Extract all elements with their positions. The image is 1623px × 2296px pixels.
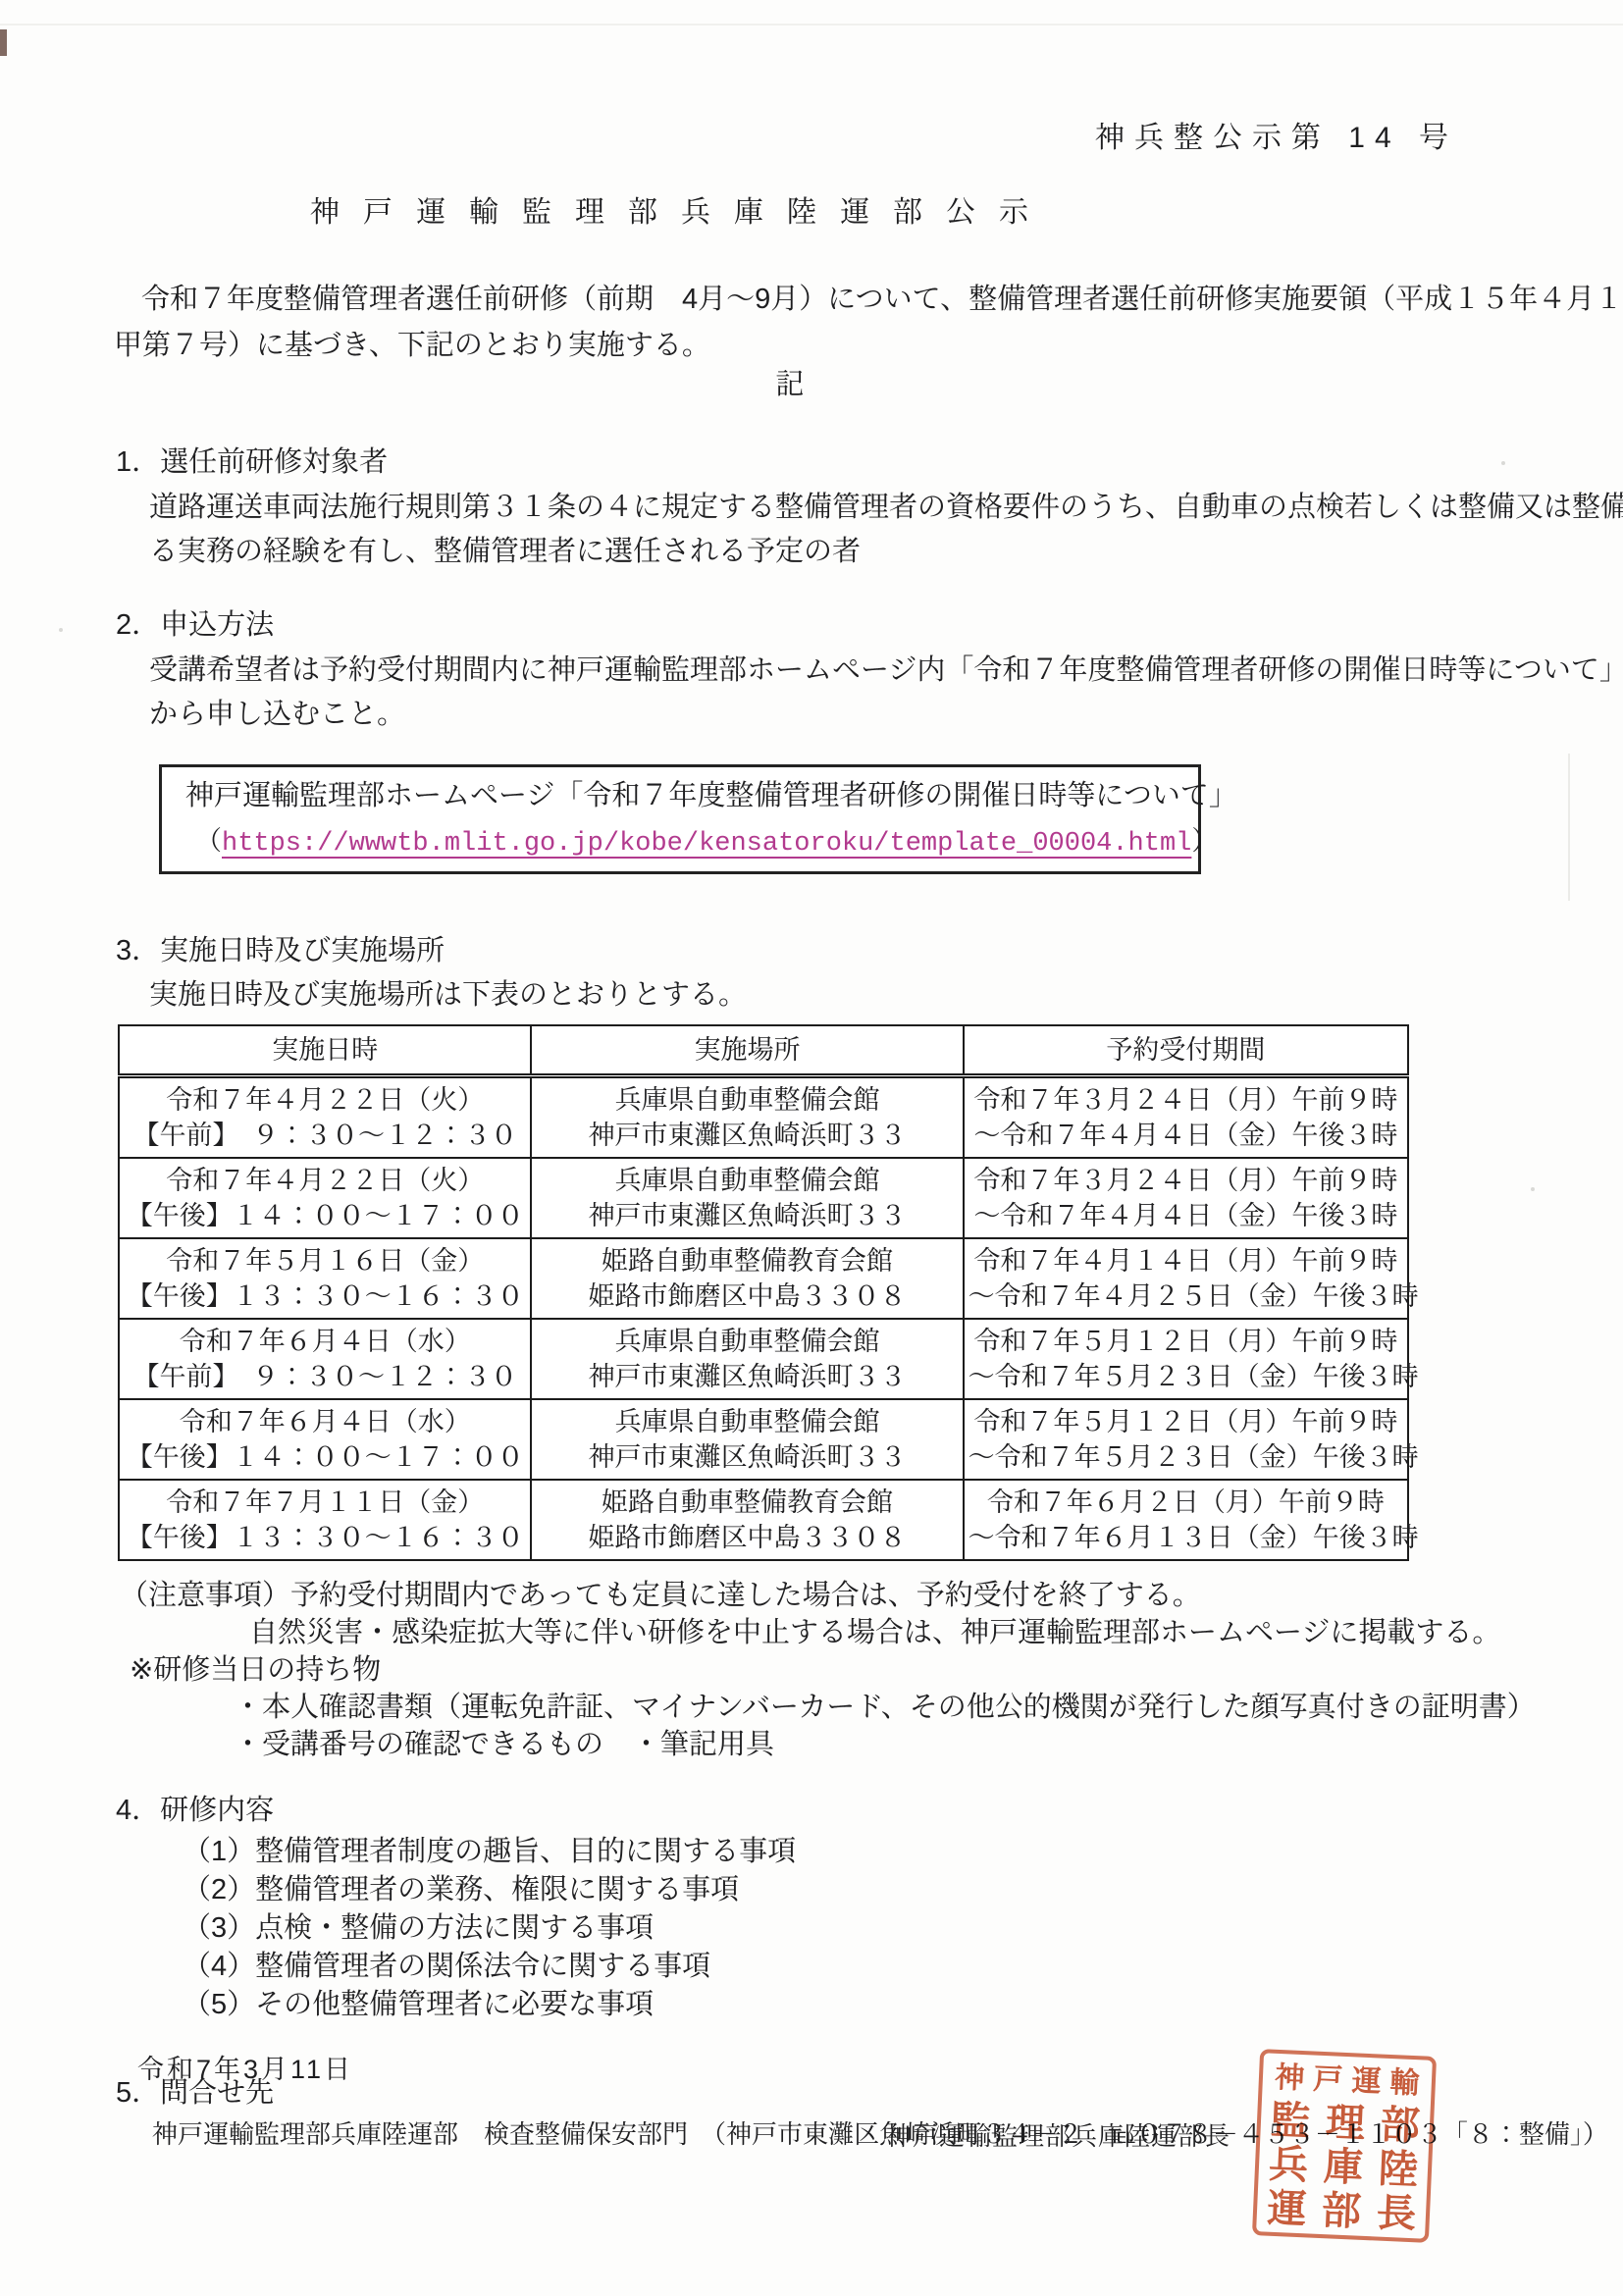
section-1-body-line-1: 道路運送車両法施行規則第３１条の４に規定する整備管理者の資格要件のうち、自動車の…	[149, 486, 1623, 530]
venue-name: 姫路自動車整備教育会館	[536, 1485, 958, 1520]
venue-address: 神戸市東灘区魚崎浜町３３	[536, 1118, 958, 1153]
table-row: 令和７年６月４日（水）【午後】１４：００～１７：００ 兵庫県自動車整備会館神戸市…	[119, 1399, 1408, 1480]
record-mark: 記	[0, 371, 1580, 399]
venue-address: 神戸市東灘区魚崎浜町３３	[536, 1198, 958, 1233]
reservation-end: ～令和７年４月４日（金）午後３時	[969, 1198, 1403, 1233]
session-time: 【午後】１４：００～１７：００	[124, 1198, 526, 1233]
note-cancellation: 自然災害・感染症拡大等に伴い研修を中止する場合は、神戸運輸監理部ホームページに掲…	[249, 1614, 1623, 1651]
venue-name: 兵庫県自動車整備会館	[536, 1324, 958, 1359]
training-item-2: （2）整備管理者の業務、権限に関する事項	[183, 1871, 1623, 1909]
session-date: 令和７年６月４日（水）	[124, 1324, 526, 1359]
session-time: 【午後】１３：３０～１６：３０	[124, 1278, 526, 1314]
section-schedule: 3．実施日時及び実施場所 実施日時及び実施場所は下表のとおりとする。	[0, 937, 1623, 1015]
section-4-heading: 4．研修内容	[116, 1797, 1623, 1825]
session-time: 【午前】 ９：３０～１２：３０	[124, 1118, 526, 1153]
session-time: 【午前】 ９：３０～１２：３０	[124, 1359, 526, 1394]
scan-artifact	[0, 24, 1623, 26]
table-row: 令和７年５月１６日（金）【午後】１３：３０～１６：３０ 姫路自動車整備教育会館姫…	[119, 1238, 1408, 1319]
issue-date: 令和7年3月11日	[137, 2057, 353, 2083]
session-date: 令和７年４月２２日（火）	[124, 1163, 526, 1198]
official-seal-stamp: 神戸運輸 監理部 兵庫陸 運部長	[1252, 2049, 1437, 2243]
section-3-lead: 実施日時及び実施場所は下表のとおりとする。	[149, 975, 1623, 1015]
url-paren-close: ）	[1191, 826, 1218, 856]
intro-paragraph: 令和７年度整備管理者選任前研修（前期 4月～9月）について、整備管理者選任前研修…	[114, 277, 1497, 369]
seal-row-2: 監理部	[1260, 2098, 1446, 2150]
reservation-start: 令和７年５月１２日（月）午前９時	[969, 1404, 1403, 1439]
reservation-start: 令和７年３月２４日（月）午前９時	[969, 1163, 1403, 1198]
belongings-item-id: ・本人確認書類（運転免許証、マイナンバーカード、その他公的機関が発行した顔写真付…	[234, 1689, 1623, 1726]
reservation-end: ～令和７年６月１３日（金）午後３時	[969, 1520, 1403, 1555]
table-row: 令和７年４月２２日（火）【午後】１４：００～１７：００ 兵庫県自動車整備会館神戸…	[119, 1158, 1408, 1238]
reservation-end: ～令和７年４月４日（金）午後３時	[969, 1118, 1403, 1153]
section-2-body-line-1: 受講希望者は予約受付期間内に神戸運輸監理部ホームページ内「令和７年度整備管理者研…	[149, 649, 1623, 693]
session-date: 令和７年６月４日（水）	[124, 1404, 526, 1439]
url-paren-open: （	[195, 826, 222, 856]
note-capacity: （注意事項）予約受付期間内であっても定員に達した場合は、予約受付を終了する。	[120, 1577, 1623, 1614]
schedule-table: 実施日時 実施場所 予約受付期間 令和７年４月２２日（火）【午前】 ９：３０～１…	[118, 1024, 1409, 1561]
scan-artifact	[59, 628, 63, 632]
venue-name: 兵庫県自動車整備会館	[536, 1082, 958, 1118]
section-3-heading: 3．実施日時及び実施場所	[116, 937, 1623, 965]
document-page: 神兵整公示第 14 号 神戸運輸監理部兵庫陸運部公示 令和７年度整備管理者選任前…	[0, 0, 1623, 2296]
notes-block: （注意事項）予約受付期間内であっても定員に達した場合は、予約受付を終了する。 自…	[120, 1577, 1623, 1763]
venue-name: 兵庫県自動車整備会館	[536, 1404, 958, 1439]
homepage-link-box: 神戸運輸監理部ホームページ「令和７年度整備管理者研修の開催日時等について」 （h…	[159, 764, 1201, 874]
venue-name: 兵庫県自動車整備会館	[536, 1163, 958, 1198]
section-2-body-line-2: から申し込むこと。	[149, 693, 1623, 737]
section-2-heading: 2．申込方法	[116, 611, 1623, 640]
homepage-caption: 神戸運輸監理部ホームページ「令和７年度整備管理者研修の開催日時等について」	[185, 773, 1237, 818]
reservation-end: ～令和７年５月２３日（金）午後３時	[969, 1439, 1403, 1475]
session-date: 令和７年５月１６日（金）	[124, 1243, 526, 1278]
training-item-3: （3）点検・整備の方法に関する事項	[183, 1909, 1623, 1948]
scan-artifact	[1568, 754, 1570, 901]
table-header-row: 実施日時 実施場所 予約受付期間	[119, 1025, 1408, 1076]
session-time: 【午後】１４：００～１７：００	[124, 1439, 526, 1475]
session-time: 【午後】１３：３０～１６：３０	[124, 1520, 526, 1555]
reservation-start: 令和７年６月２日（月）午前９時	[969, 1485, 1403, 1520]
session-date: 令和７年７月１１日（金）	[124, 1485, 526, 1520]
col-header-reservation-period: 予約受付期間	[964, 1025, 1408, 1076]
table-row: 令和７年７月１１日（金）【午後】１３：３０～１６：３０ 姫路自動車整備教育会館姫…	[119, 1480, 1408, 1560]
col-header-datetime: 実施日時	[119, 1025, 531, 1076]
scan-artifact	[1531, 1187, 1535, 1191]
scan-artifact	[1501, 461, 1505, 465]
training-item-4: （4）整備管理者の関係法令に関する事項	[183, 1948, 1623, 1986]
reservation-start: 令和７年５月１２日（月）午前９時	[969, 1324, 1403, 1359]
section-application-method: 2．申込方法 受講希望者は予約受付期間内に神戸運輸監理部ホームページ内「令和７年…	[0, 611, 1623, 737]
reservation-end: ～令和７年５月２３日（金）午後３時	[969, 1359, 1403, 1394]
session-date: 令和７年４月２２日（火）	[124, 1082, 526, 1118]
reservation-start: 令和７年４月１４日（月）午前９時	[969, 1243, 1403, 1278]
homepage-url-link[interactable]: https://wwwtb.mlit.go.jp/kobe/kensatorok…	[222, 829, 1191, 859]
training-item-5: （5）その他整備管理者に必要な事項	[183, 1986, 1623, 2024]
col-header-place: 実施場所	[531, 1025, 963, 1076]
belongings-heading: ※研修当日の持ち物	[130, 1651, 1623, 1689]
training-item-1: （1）整備管理者制度の趣旨、目的に関する事項	[183, 1833, 1623, 1871]
seal-row-4: 運部長	[1256, 2186, 1442, 2238]
page-title: 神戸運輸監理部兵庫陸運部公示	[310, 198, 1623, 228]
table-row: 令和７年４月２２日（火）【午前】 ９：３０～１２：３０ 兵庫県自動車整備会館神戸…	[119, 1076, 1408, 1159]
intro-line-2: 甲第７号）に基づき、下記のとおり実施する。	[114, 323, 1497, 369]
scan-artifact	[0, 29, 7, 56]
section-training-content: 4．研修内容 （1）整備管理者制度の趣旨、目的に関する事項 （2）整備管理者の業…	[0, 1797, 1623, 2024]
reservation-end: ～令和７年４月２５日（金）午後３時	[969, 1278, 1403, 1314]
seal-row-3: 兵庫陸	[1258, 2142, 1444, 2194]
venue-address: 姫路市飾磨区中島３３０８	[536, 1278, 958, 1314]
belongings-item-number: ・受講番号の確認できるもの ・筆記用具	[234, 1726, 1623, 1763]
reservation-start: 令和７年３月２４日（月）午前９時	[969, 1082, 1403, 1118]
section-1-body-line-2: る実務の経験を有し、整備管理者に選任される予定の者	[149, 530, 1623, 574]
intro-line-1: 令和７年度整備管理者選任前研修（前期 4月～9月）について、整備管理者選任前研修…	[114, 277, 1497, 323]
section-1-heading: 1．選任前研修対象者	[116, 448, 1623, 477]
venue-address: 姫路市飾磨区中島３３０８	[536, 1520, 958, 1555]
section-training-target: 1．選任前研修対象者 道路運送車両法施行規則第３１条の４に規定する整備管理者の資…	[0, 448, 1623, 574]
venue-name: 姫路自動車整備教育会館	[536, 1243, 958, 1278]
signer-title: 神戸運輸監理部兵庫陸運部長	[886, 2123, 1230, 2149]
table-row: 令和７年６月４日（水）【午前】 ９：３０～１２：３０ 兵庫県自動車整備会館神戸市…	[119, 1319, 1408, 1399]
venue-address: 神戸市東灘区魚崎浜町３３	[536, 1439, 958, 1475]
venue-address: 神戸市東灘区魚崎浜町３３	[536, 1359, 958, 1394]
